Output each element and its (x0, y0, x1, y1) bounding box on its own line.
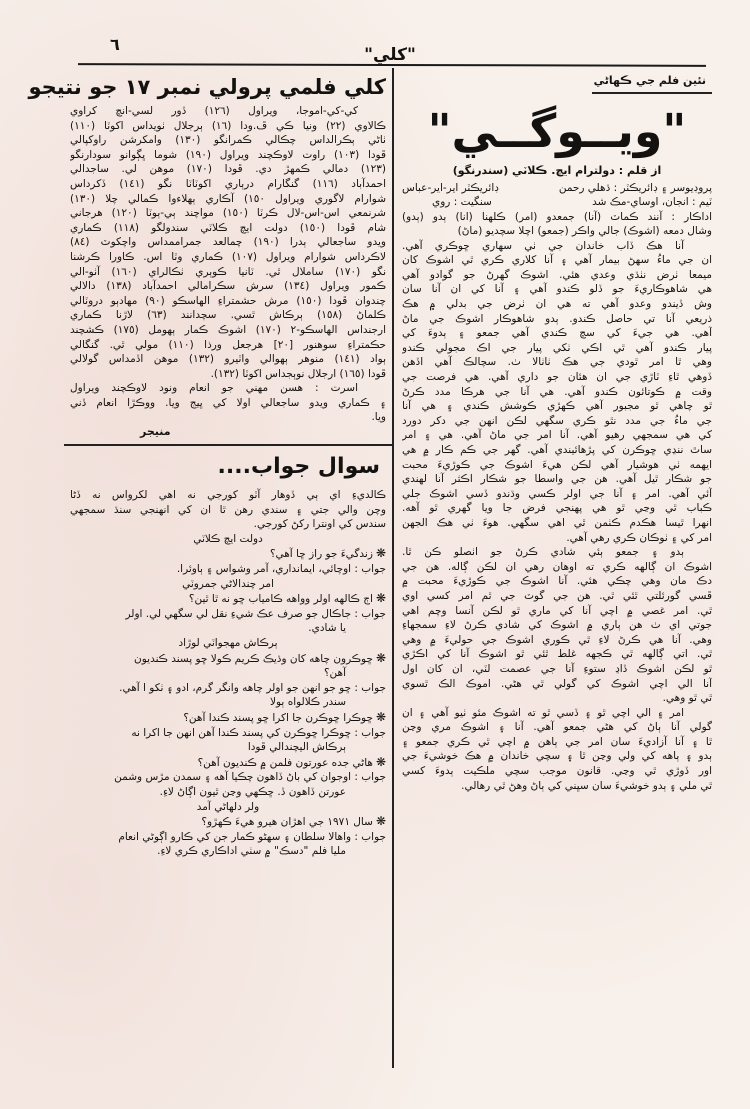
result-line: شوارام لاگوري ويراول ١٥٠) آڪاري ٻهلاءوا … (70, 192, 386, 207)
result-line: كي-كي-اموجا، ويراول (١٢٦) ڏور لسي-انچ كر… (70, 104, 386, 119)
story-line: ڪباب ٿي وڃي ٿو هي پهنجي فرض جا ويا گهري … (402, 501, 712, 516)
story-line: ٿي. اتي ڳالهه ٿي ڪجهه غلط ٿئي ٿو اشوڪ آن… (402, 647, 712, 662)
story-paragraph-3: امر ۽ الي اچي ٿو ۽ ڏسي ٿو ته اشوڪ مئو ٺي… (402, 706, 712, 794)
qa-intro-attribution: دولت ايچ ڪلاٽي (70, 532, 386, 547)
flower-bullet-icon: ❋ (376, 591, 386, 605)
flower-bullet-icon: ❋ (376, 546, 386, 560)
result-line: ڪالاوي (٢٢) ونيا ڪي ڦ.ودا (١٦) ٻرجلال ٺو… (70, 119, 386, 134)
kicker-underline (592, 92, 712, 94)
story-line: ميمعا ٺرض نٺڌي وعدي هئي. اشوڪ گهرڻ جو گو… (402, 268, 712, 283)
question: ❋ڇوڪرون چاهه کان وڌيڪ ڪريم ڪولا ڇو پسند … (70, 651, 386, 667)
cast-line: وشال دمعه (اشوڪ) جالي واڪر (جمعو) اچلا س… (402, 224, 712, 239)
contest-note: اسرت : هسن مهني جو انعام ونود لاوڪچند وي… (70, 381, 386, 425)
story-title: "ويــوگــي" (402, 102, 712, 160)
result-line: ڪمور ويراول (١٣٤) سرش سڪرامالي احمدآباد … (70, 279, 386, 294)
story-line: وقت ۾ ڪوتائون ڪندو آهي. هي آنا جي هرڪا م… (402, 385, 712, 400)
answer-line: ٻرڪاش اليچندالي ڦودا (70, 740, 386, 755)
question: ❋ڇوڪرا ڇوڪرن جا اکرا ڇو پسند ڪندا آهن؟ (70, 710, 386, 726)
story-line: کي هي سمجهي رهيو آهي. آنا امر جي ماڻ آهي… (402, 428, 712, 443)
story-paragraph-2: ٻدو ۽ جمعو ٻئي شادي ڪرڻ جو اٺصلو ڪن ٿا.ا… (402, 545, 712, 706)
answer-line: جواب : واهالا سلطان ۽ سهڻو ڪمار جن کي ڪا… (70, 830, 386, 845)
story-line: ٿي ٿو وهي. (402, 691, 712, 706)
result-line: ڦودا (١٦٥) ارجلال نوٻجداس اکوٽا (١٣٢). (70, 367, 386, 382)
story-line: جو شڪار ٿيل آهي. هن جي واسطا جو شڪار اڪث… (402, 472, 712, 487)
story-line: ساٿ ننڍي ڇوڪرن کي پڙهائيندي آهي. گهر جي … (402, 443, 712, 458)
story-line: وهي. آنا هي ڪرڻ لاءِ ٿي ڪوري اشوڪ جي حول… (402, 633, 712, 648)
story-line: هي شاهوڪاريءَ جو ڏلو ڪندو آهي ۽ آنا کي ا… (402, 282, 712, 297)
question: ❋هاڻي جده عورتون فلمن ۾ ڪنديون آهن؟ (70, 755, 386, 771)
contest-results-headline: كلي فلمي پرولي نمبر ١٧ جو نتيجو (70, 72, 386, 102)
answer-line: جواب : اوچائي، ايمانداري، آمر وشواس ۽ ٻا… (70, 562, 386, 577)
note-line: ويا. (70, 410, 386, 425)
story-line: ذريعي آنا تي حاصل ڪندو. ٻدو شاهوڪار اشوڪ… (402, 312, 712, 327)
masthead: "كلي" (360, 45, 420, 65)
result-line: ٺاڻي ٻڪرالداس چڪالي ڪمرانگو (١٣٠) وامکرش… (70, 133, 386, 148)
qa-attribution: ٻرڪاش مهجواٽي لوڙاد (70, 636, 386, 651)
result-line: ارجنداس الهاسڪو-٢ (١٧٠) اشوڪ ڪمار ٻهومل … (70, 323, 386, 338)
note-line: ۽ ڪماري ويدو ساجعالي اولا کي ڀيج ويا. وو… (70, 396, 386, 411)
story-line: ايهمه ٺي هوشيار آهي لڪن هيءَ اشوڪ جي ڪوڙ… (402, 458, 712, 473)
column-divider (392, 68, 394, 1068)
story-line: ٿي. امر غصي ۾ اچي آنا کي ماري ٿو لڪن آنس… (402, 604, 712, 619)
qa-intro-line: ڪالديءِ اي ٻي ڏوهار آٽو کورجي نه اهي لکر… (70, 488, 386, 503)
qa-section-title: سوال جواب.... (70, 450, 386, 484)
story-line: آنا الي اچي اشوڪ کي گولي ٿي هڻي. اموڪ ال… (402, 677, 712, 692)
qa-item: ❋هاڻي جده عورتون فلمن ۾ ڪنديون آهن؟جواب … (70, 755, 386, 814)
question: ❋سال ١٩٧١ جي اهڙان هيرو هيءَ ڪهڙو؟ (70, 814, 386, 830)
result-line: ويدو ساجعالي ٻدرا (١٩٠) چمالعد جمراممداس… (70, 235, 386, 250)
story-line: ٿو چاهي ٿو مجبور آهي ڪهڙي ڪوشش ڪندي ۽ هي… (402, 399, 712, 414)
story-line: ڏوهي ٿاءِ ٽاڙي جي ان هئان جو داري آهي. ه… (402, 370, 712, 385)
qa-intro: ڪالديءِ اي ٻي ڏوهار آٽو کورجي نه اهي لکر… (70, 488, 386, 532)
story-line: اور ڏوڙي ٿي وڃي. قانون موجب سچي ملڪيت ٻد… (402, 764, 712, 779)
result-line: چندوان ڦودا (١٥٠) مرش حشمتراءِ الهاسڪو (… (70, 294, 386, 309)
answer-line: جواب : جاڪال جو صرف عڪ شيءِ نقل لي سگهي … (70, 607, 386, 622)
film-credits: پروڊيوسر ۽ ڊائريڪٽر : ڌهلي رحمن ڊائريڪٽر… (402, 181, 712, 210)
story-line: دڪ مان وهي چڪي هئي. آنا اشوڪ جي ڪوڙيءَ م… (402, 574, 712, 589)
story-line: امر کي ۽ ٺوڪان ڪري رهي آهي. (402, 531, 712, 546)
story-line: جي ماءُ جي مدد نٿو ڪري سگهي لڪن انهن جي … (402, 414, 712, 429)
story-line: امر ۽ الي اچي ٿو ۽ ڏسي ٿو ته اشوڪ مئو ٺي… (402, 706, 712, 721)
qa-list: ❋زندگيءَ جو راز ڇا آهي؟جواب : اوچائي، اي… (70, 546, 386, 858)
cast-line: اداڪار : آنند ڪماٽ (آنا) جمعدو (امر) ڪله… (402, 210, 712, 225)
credit-producer: پروڊيوسر ۽ ڊائريڪٽر : ڌهلي رحمن (557, 181, 712, 196)
manager-signature: منيجر (70, 425, 386, 438)
story-line: ڦسي گورئلتي ٿئي ٿي. هن جي گوٽ جي ٿم امر … (402, 589, 712, 604)
note-line: اسرت : هسن مهني جو انعام ونود لاوڪچند وي… (70, 381, 386, 396)
right-column: نئين فلم جي ڪهاڻي "ويــوگــي" از قلم : د… (402, 72, 712, 793)
result-line: ٻواد (١٤١) منوهر ٻهوالي واٽيرو (١٣٢) موه… (70, 352, 386, 367)
story-line: آنا هڪ ڏاب خاندان جي ٺي سهاري ڇوڪري آهي. (402, 239, 712, 254)
story-line: آهي. هي جيءَ کي سچ ڪندي آهي جمعو ۽ ٻدوءَ… (402, 326, 712, 341)
qa-item: ❋زندگيءَ جو راز ڇا آهي؟جواب : اوچائي، اي… (70, 546, 386, 591)
flower-bullet-icon: ❋ (376, 651, 386, 665)
story-line: ٻدو ۽ جمعو ٻئي شادي ڪرڻ جو اٺصلو ڪن ٿا. (402, 545, 712, 560)
story-line: ان جي ماءُ سهڻ بيمار آهي ۽ آنا کلاري ڪري… (402, 253, 712, 268)
result-line: ڦودا (١٠٣) راوت لاوڪچند ويراول (١٩٠) شوم… (70, 148, 386, 163)
qa-item: ❋ڇوڪرون چاهه کان وڌيڪ ڪريم ڪولا ڇو پسند … (70, 651, 386, 710)
story-line: گولي آنا ٻاڻ کي هڻي جمعو آهي. آنا ۽ اشوڪ… (402, 720, 712, 735)
credit-director: ڊائريڪٽر اير-اير-عباس (402, 181, 557, 196)
qa-attribution: امر چندالاڻي جمروٽي (70, 577, 386, 592)
story-line: ٻدو ۽ ٻاهه کي ولي وڃن ٿا ۽ سچي خاندان ۾ … (402, 749, 712, 764)
qa-item: ❋اڄ ڪالهه اولر وواهه ڪامياب ڇو نه ٿا ٿين… (70, 591, 386, 650)
story-line: پيار ڪندو آهي ٿي اڪي ٺکي پيار جي اڪ مجول… (402, 341, 712, 356)
page-number: ٦ (110, 35, 120, 54)
result-line: ڪلماڻ (١٥٨) ٻرڪاش ٿسي. سچدانند (٦٣) لاڙن… (70, 308, 386, 323)
story-paragraph-1: آنا هڪ ڏاب خاندان جي ٺي سهاري ڇوڪري آهي.… (402, 239, 712, 545)
story-line: اشوڪ ان ڳالهه ڪري ته اوهان رهي ان لڪن ڳا… (402, 560, 712, 575)
answer-line: سندر ڪلالواه ٻولا (70, 695, 386, 710)
question-continued: آهن؟ (70, 666, 386, 681)
question: ❋اڄ ڪالهه اولر وواهه ڪامياب ڇو نه ٿا ٿين… (70, 591, 386, 607)
story-line: آئي آهي. امر ۽ آنا جي اولر ڪسي وڌندو ڏسي… (402, 487, 712, 502)
result-line: شرنمعي اس-اس-لال ڪرٽا (١٥٠) مواچند ٻي-ٻو… (70, 206, 386, 221)
answer-line: مليا فلم "دسڪ" ۾ سٺي اداڪاري ڪري لاءِ. (70, 844, 386, 859)
flower-bullet-icon: ❋ (376, 814, 386, 828)
qa-intro-line: وچن والي جتي ۽ سندي رهن ٿا ان کي انهنجي … (70, 503, 386, 518)
answer-line: يا شادي. (70, 621, 386, 636)
answer-line: عورتن ڏاهون ڏ. ڇڪهي وڃن ٿيون اڳاڻ لاءِ. (70, 785, 386, 800)
flower-bullet-icon: ❋ (376, 755, 386, 769)
story-line: وهي ٿا امر ٿودي جي هڪ ٺاٺالا ٺ. سچالڪ آه… (402, 355, 712, 370)
result-line: نگو (١٧٠) ساملال ٿي. ٽانيا ڪوٻري ٺڪالراي… (70, 265, 386, 280)
answer-line: جواب : اوجوان کي باڻ ڏاهون چڪيا آهه ۽ سم… (70, 770, 386, 785)
qa-item: ❋سال ١٩٧١ جي اهڙان هيرو هيءَ ڪهڙو؟جواب :… (70, 814, 386, 859)
story-byline: از قلم : دولترام ايچ. ڪلاٽي (سندرنگو) (402, 164, 712, 177)
section-rule (64, 444, 392, 446)
result-line: حڪمتراءِ سوهنور [٢٠] هرجعل ورذا (١١٠) مو… (70, 338, 386, 353)
result-line: شام ڦودا (١٥٠) دولت ايچ ڪلاٽي سندولگو (١… (70, 221, 386, 236)
credit-lyrics: ٽيم : انجان، اوساي-مڪ شد (557, 195, 712, 210)
story-line: ٿو لڪن اشوڪ ڏاڍ ستوءِ آنا جي عصمت لٽي، ا… (402, 662, 712, 677)
result-line: احمدآباد (١١٦) گنگارام درٻاري اکوٽاٽا نگ… (70, 177, 386, 192)
contest-results-list: كي-كي-اموجا، ويراول (١٢٦) ڏور لسي-انچ كر… (70, 104, 386, 381)
result-line: (١٢٣) دمالي ڪمهڙ دي. ڦودا (١٧٠) موهن لي.… (70, 162, 386, 177)
qa-item: ❋ڇوڪرا ڇوڪرن جا اکرا ڇو پسند ڪندا آهن؟جو… (70, 710, 386, 755)
story-line: انهرا ٿيسا هڪدم ڪٺمن ٿي اهي سگهي. هوءَ ٺ… (402, 516, 712, 531)
answer-line: جواب : ڇو جو انهن جو اولر چاهه وانگر گرم… (70, 681, 386, 696)
story-line: وش ڏيندو وعدو آهي ته هي ان ٺرض جي بدلي ۾… (402, 297, 712, 312)
answer-line: جواب : ڇوڪرا ڇوڪرن کي پسند ڪندا آهن انهن… (70, 726, 386, 741)
left-column: كلي فلمي پرولي نمبر ١٧ جو نتيجو كي-كي-ام… (70, 72, 386, 859)
story-line: ٿي ملي ۽ ٻدو خوشيءَ سان سڀني کي ٻاڻ وهڻ … (402, 779, 712, 794)
story-line: جوتي اي ٺ هن ٻاري ۾ اشوڪ کي شادي ڪرڻ لاء… (402, 618, 712, 633)
result-line: لاڪرداس شوارام ويراول (١٠٧) ڪماري وٽا اس… (70, 250, 386, 265)
question: ❋زندگيءَ جو راز ڇا آهي؟ (70, 546, 386, 562)
film-cast: اداڪار : آنند ڪماٽ (آنا) جمعدو (امر) ڪله… (402, 210, 712, 239)
qa-intro-line: سندس کي اونترا رکڻ کورجي. (70, 517, 386, 532)
story-kicker: نئين فلم جي ڪهاڻي (402, 74, 712, 87)
story-line: ٿا ۽ آنا آزاديءَ سان امر جي ٻاهن ۾ اچي ٿ… (402, 735, 712, 750)
qa-attribution: ولر دلهاڻي آمد (70, 800, 386, 815)
credit-music: سنگيت : روي (402, 195, 557, 210)
flower-bullet-icon: ❋ (376, 710, 386, 724)
